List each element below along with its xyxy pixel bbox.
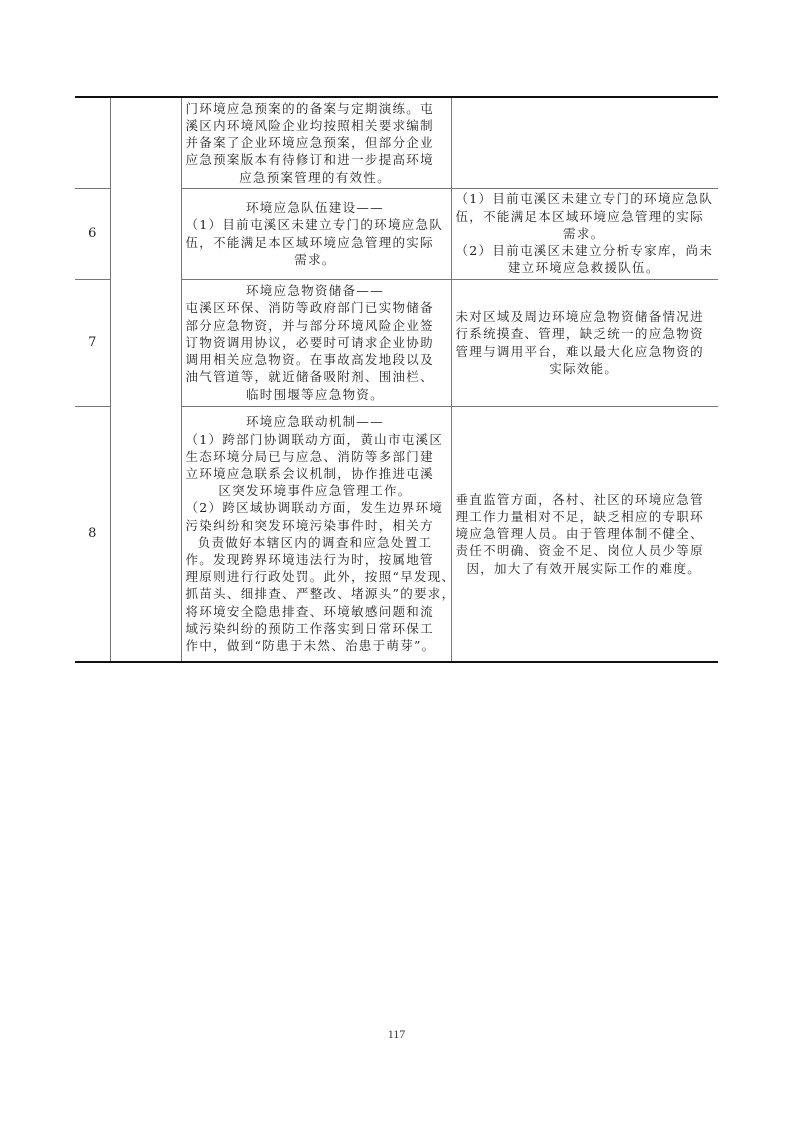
text-line: 应急预案版本有待修订和进一步提高环境: [186, 151, 445, 168]
text-line: 需求。: [456, 225, 713, 242]
text-line: 作中，做到“防患于未然、治患于萌芽”。: [186, 637, 445, 654]
text-line: 溪区内环境风险企业均按照相关要求编制: [186, 117, 445, 134]
text-line: 伍，不能满足本区域环境应急管理的实际: [456, 208, 713, 225]
text-line: 管理与调用平台，难以最大化应急物资的: [456, 343, 713, 360]
text-line: （1）目前屯溪区未建立专门的环境应急队: [186, 216, 445, 233]
text-line: 应急预案管理的有效性。: [186, 169, 445, 186]
problems-text: 未对区域及周边环境应急物资储备情况进行系统摸查、管理，缺乏统一的应急物资管理与调…: [452, 308, 719, 377]
text-line: （2）跨区域协调联动方面，发生边界环境: [186, 499, 445, 516]
text-line: 并备案了企业环境应急预案，但部分企业: [186, 134, 445, 151]
measures-text: 环境应急队伍建设——（1）目前屯溪区未建立专门的环境应急队伍，不能满足本区域环境…: [182, 199, 451, 268]
table-body: 门环境应急预案的的备案与定期演练。屯溪区内环境风险企业均按照相关要求编制并备案了…: [75, 97, 718, 662]
table-row: 8环境应急联动机制——（1）跨部门协调联动方面，黄山市屯溪区生态环境分局已与应急…: [75, 406, 718, 662]
text-line: 域污染纠纷的预防工作落实到日常环保工: [186, 620, 445, 637]
text-line: 理工作力量相对不足，缺乏相应的专职环: [456, 508, 713, 525]
text-line: （1）跨部门协调联动方面，黄山市屯溪区: [186, 431, 445, 448]
text-line: 作。发现跨界环境违法行为时，按属地管: [186, 551, 445, 568]
text-line: 污染纠纷和突发环境污染事件时，相关方: [186, 517, 445, 534]
text-line: 区突发环境事件应急管理工作。: [186, 482, 445, 499]
text-line: 建立环境应急救援队伍。: [456, 259, 713, 276]
problems-text: 垂直监管方面，各村、社区的环境应急管理工作力量相对不足，缺乏相应的专职环境应急管…: [452, 491, 719, 577]
text-line: 行系统摸查、管理，缺乏统一的应急物资: [456, 325, 713, 342]
text-line: 将环境安全隐患排查、环境敏感问题和流: [186, 603, 445, 620]
text-line: 未对区域及周边环境应急物资储备情况进: [456, 308, 713, 325]
measures-text: 环境应急物资储备——屯溪区环保、消防等政府部门已实物储备部分应急物资，并与部分环…: [182, 282, 451, 402]
text-line: 抓苗头、细排查、严整改、堵源头”的要求，: [186, 585, 445, 602]
table-row: 7环境应急物资储备——屯溪区环保、消防等政府部门已实物储备部分应急物资，并与部分…: [75, 279, 718, 406]
text-line: 负责做好本辖区内的调查和应急处置工: [186, 534, 445, 551]
category-cell: [110, 406, 181, 662]
table-row: 门环境应急预案的的备案与定期演练。屯溪区内环境风险企业均按照相关要求编制并备案了…: [75, 97, 718, 188]
measures-cell: 环境应急队伍建设——（1）目前屯溪区未建立专门的环境应急队伍，不能满足本区域环境…: [181, 188, 451, 279]
text-line: 责任不明确、资金不足、岗位人员少等原: [456, 542, 713, 559]
row-number-cell: 8: [75, 406, 110, 662]
text-line: 立环境应急联系会议机制，协作推进屯溪: [186, 465, 445, 482]
text-line: 境应急管理人员。由于管理体制不健全、: [456, 525, 713, 542]
measures-text: 环境应急联动机制——（1）跨部门协调联动方面，黄山市屯溪区生态环境分局已与应急、…: [182, 413, 451, 654]
row-number-cell: 6: [75, 188, 110, 279]
text-line: 需求。: [186, 251, 445, 268]
text-line: （2）目前屯溪区未建立分析专家库，尚未: [456, 242, 713, 259]
text-line: 部分应急物资，并与部分环境风险企业签: [186, 317, 445, 334]
text-line: 理原则进行行政处罚。此外，按照“早发现、: [186, 568, 445, 585]
measures-cell: 门环境应急预案的的备案与定期演练。屯溪区内环境风险企业均按照相关要求编制并备案了…: [181, 97, 451, 188]
problems-cell: 未对区域及周边环境应急物资储备情况进行系统摸查、管理，缺乏统一的应急物资管理与调…: [451, 279, 718, 406]
text-line: 订物资调用协议，必要时可请求企业协助: [186, 334, 445, 351]
document-page: 门环境应急预案的的备案与定期演练。屯溪区内环境风险企业均按照相关要求编制并备案了…: [0, 0, 793, 1122]
text-line: 环境应急队伍建设——: [186, 199, 445, 216]
page-number: 117: [0, 1027, 793, 1042]
category-cell: [110, 188, 181, 279]
text-line: 实际效能。: [456, 360, 713, 377]
table-row: 6环境应急队伍建设——（1）目前屯溪区未建立专门的环境应急队伍，不能满足本区域环…: [75, 188, 718, 279]
problems-text: （1）目前屯溪区未建立专门的环境应急队伍，不能满足本区域环境应急管理的实际需求。…: [452, 190, 719, 276]
category-cell: [110, 97, 181, 188]
text-line: 屯溪区环保、消防等政府部门已实物储备: [186, 299, 445, 316]
text-line: 油气管道等，就近储备吸附剂、围油栏、: [186, 368, 445, 385]
text-line: 门环境应急预案的的备案与定期演练。屯: [186, 100, 445, 117]
measures-cell: 环境应急联动机制——（1）跨部门协调联动方面，黄山市屯溪区生态环境分局已与应急、…: [181, 406, 451, 662]
text-line: 伍，不能满足本区域环境应急管理的实际: [186, 234, 445, 251]
problems-cell: 垂直监管方面，各村、社区的环境应急管理工作力量相对不足，缺乏相应的专职环境应急管…: [451, 406, 718, 662]
measures-text: 门环境应急预案的的备案与定期演练。屯溪区内环境风险企业均按照相关要求编制并备案了…: [182, 100, 451, 186]
text-line: （1）目前屯溪区未建立专门的环境应急队: [456, 190, 713, 207]
text-line: 垂直监管方面，各村、社区的环境应急管: [456, 491, 713, 508]
text-line: 环境应急物资储备——: [186, 282, 445, 299]
text-line: 临时围堰等应急物资。: [186, 386, 445, 403]
problems-cell: （1）目前屯溪区未建立专门的环境应急队伍，不能满足本区域环境应急管理的实际需求。…: [451, 188, 718, 279]
category-cell: [110, 279, 181, 406]
text-line: 环境应急联动机制——: [186, 413, 445, 430]
text-line: 生态环境分局已与应急、消防等多部门建: [186, 448, 445, 465]
row-number-cell: 7: [75, 279, 110, 406]
measures-cell: 环境应急物资储备——屯溪区环保、消防等政府部门已实物储备部分应急物资，并与部分环…: [181, 279, 451, 406]
measures-problems-table: 门环境应急预案的的备案与定期演练。屯溪区内环境风险企业均按照相关要求编制并备案了…: [75, 96, 718, 663]
row-number-cell: [75, 97, 110, 188]
text-line: 因，加大了有效开展实际工作的难度。: [456, 560, 713, 577]
text-line: 调用相关应急物资。在事故高发地段以及: [186, 351, 445, 368]
problems-cell: [451, 97, 718, 188]
